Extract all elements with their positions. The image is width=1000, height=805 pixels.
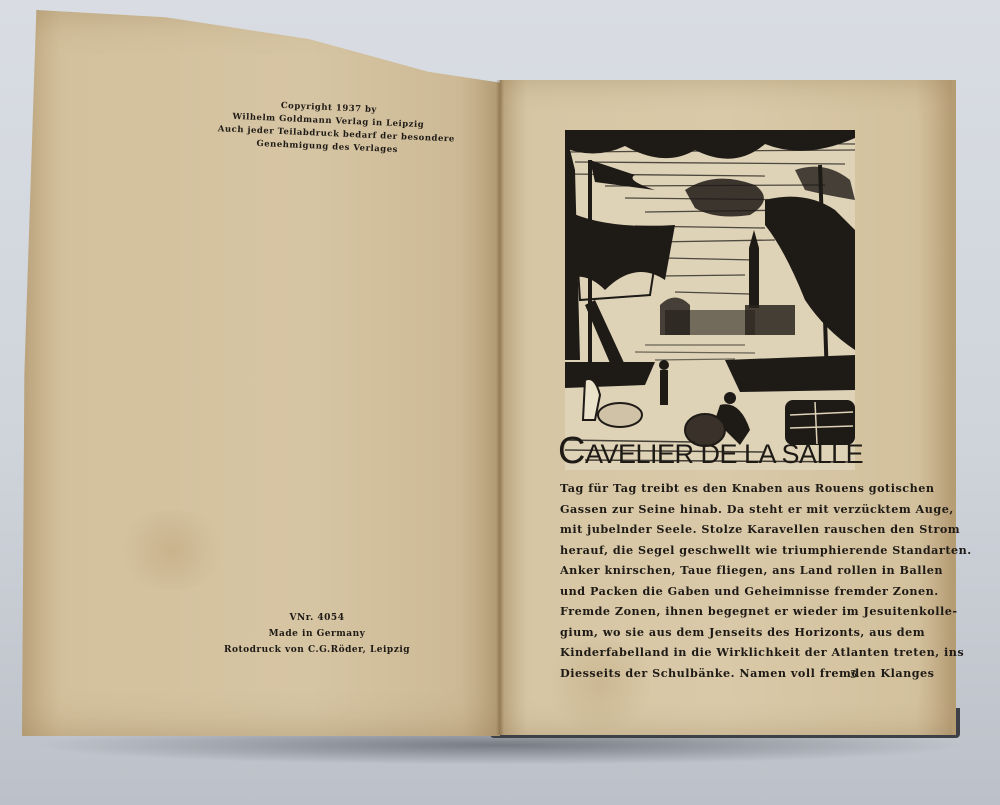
- book-gutter: [496, 80, 504, 735]
- imprint-line: Rotodruck von C.G.Röder, Leipzig: [212, 642, 422, 658]
- imprint-line: Made in Germany: [212, 626, 422, 642]
- text-line: und Packen die Gaben und Geheimnisse fre…: [560, 581, 866, 602]
- text-line: Tag für Tag treibt es den Knaben aus Rou…: [560, 478, 866, 499]
- printer-imprint: VNr. 4054 Made in Germany Rotodruck von …: [212, 610, 422, 658]
- text-line: Fremde Zonen, ihnen begegnet er wieder i…: [560, 601, 866, 622]
- page-number: 5: [850, 668, 857, 681]
- copyright-notice: Copyright 1937 by Wilhelm Goldmann Verla…: [217, 97, 439, 159]
- text-line: Diesseits der Schulbänke. Namen voll fre…: [560, 663, 866, 684]
- text-line: Kinderfabelland in die Wirklichkeit der …: [560, 642, 866, 663]
- title-rest: AVELIER DE LA SALLE: [585, 439, 863, 469]
- text-line: herauf, die Segel geschwellt wie triumph…: [560, 540, 866, 561]
- text-line: Anker knirschen, Taue fliegen, ans Land …: [560, 560, 866, 581]
- paper-stain: [112, 510, 232, 590]
- body-text: Tag für Tag treibt es den Knaben aus Rou…: [560, 478, 866, 683]
- title-initial: C: [558, 430, 585, 472]
- text-line: gium, wo sie aus dem Jenseits des Horizo…: [560, 622, 866, 643]
- chapter-title: CAVELIER DE LA SALLE: [558, 432, 858, 470]
- text-line: mit jubelnder Seele. Stolze Karavellen r…: [560, 519, 866, 540]
- harbour-scene-image: [565, 130, 855, 470]
- imprint-line: VNr. 4054: [212, 610, 422, 626]
- text-line: Gassen zur Seine hinab. Da steht er mit …: [560, 499, 866, 520]
- woodcut-illustration: [565, 130, 855, 470]
